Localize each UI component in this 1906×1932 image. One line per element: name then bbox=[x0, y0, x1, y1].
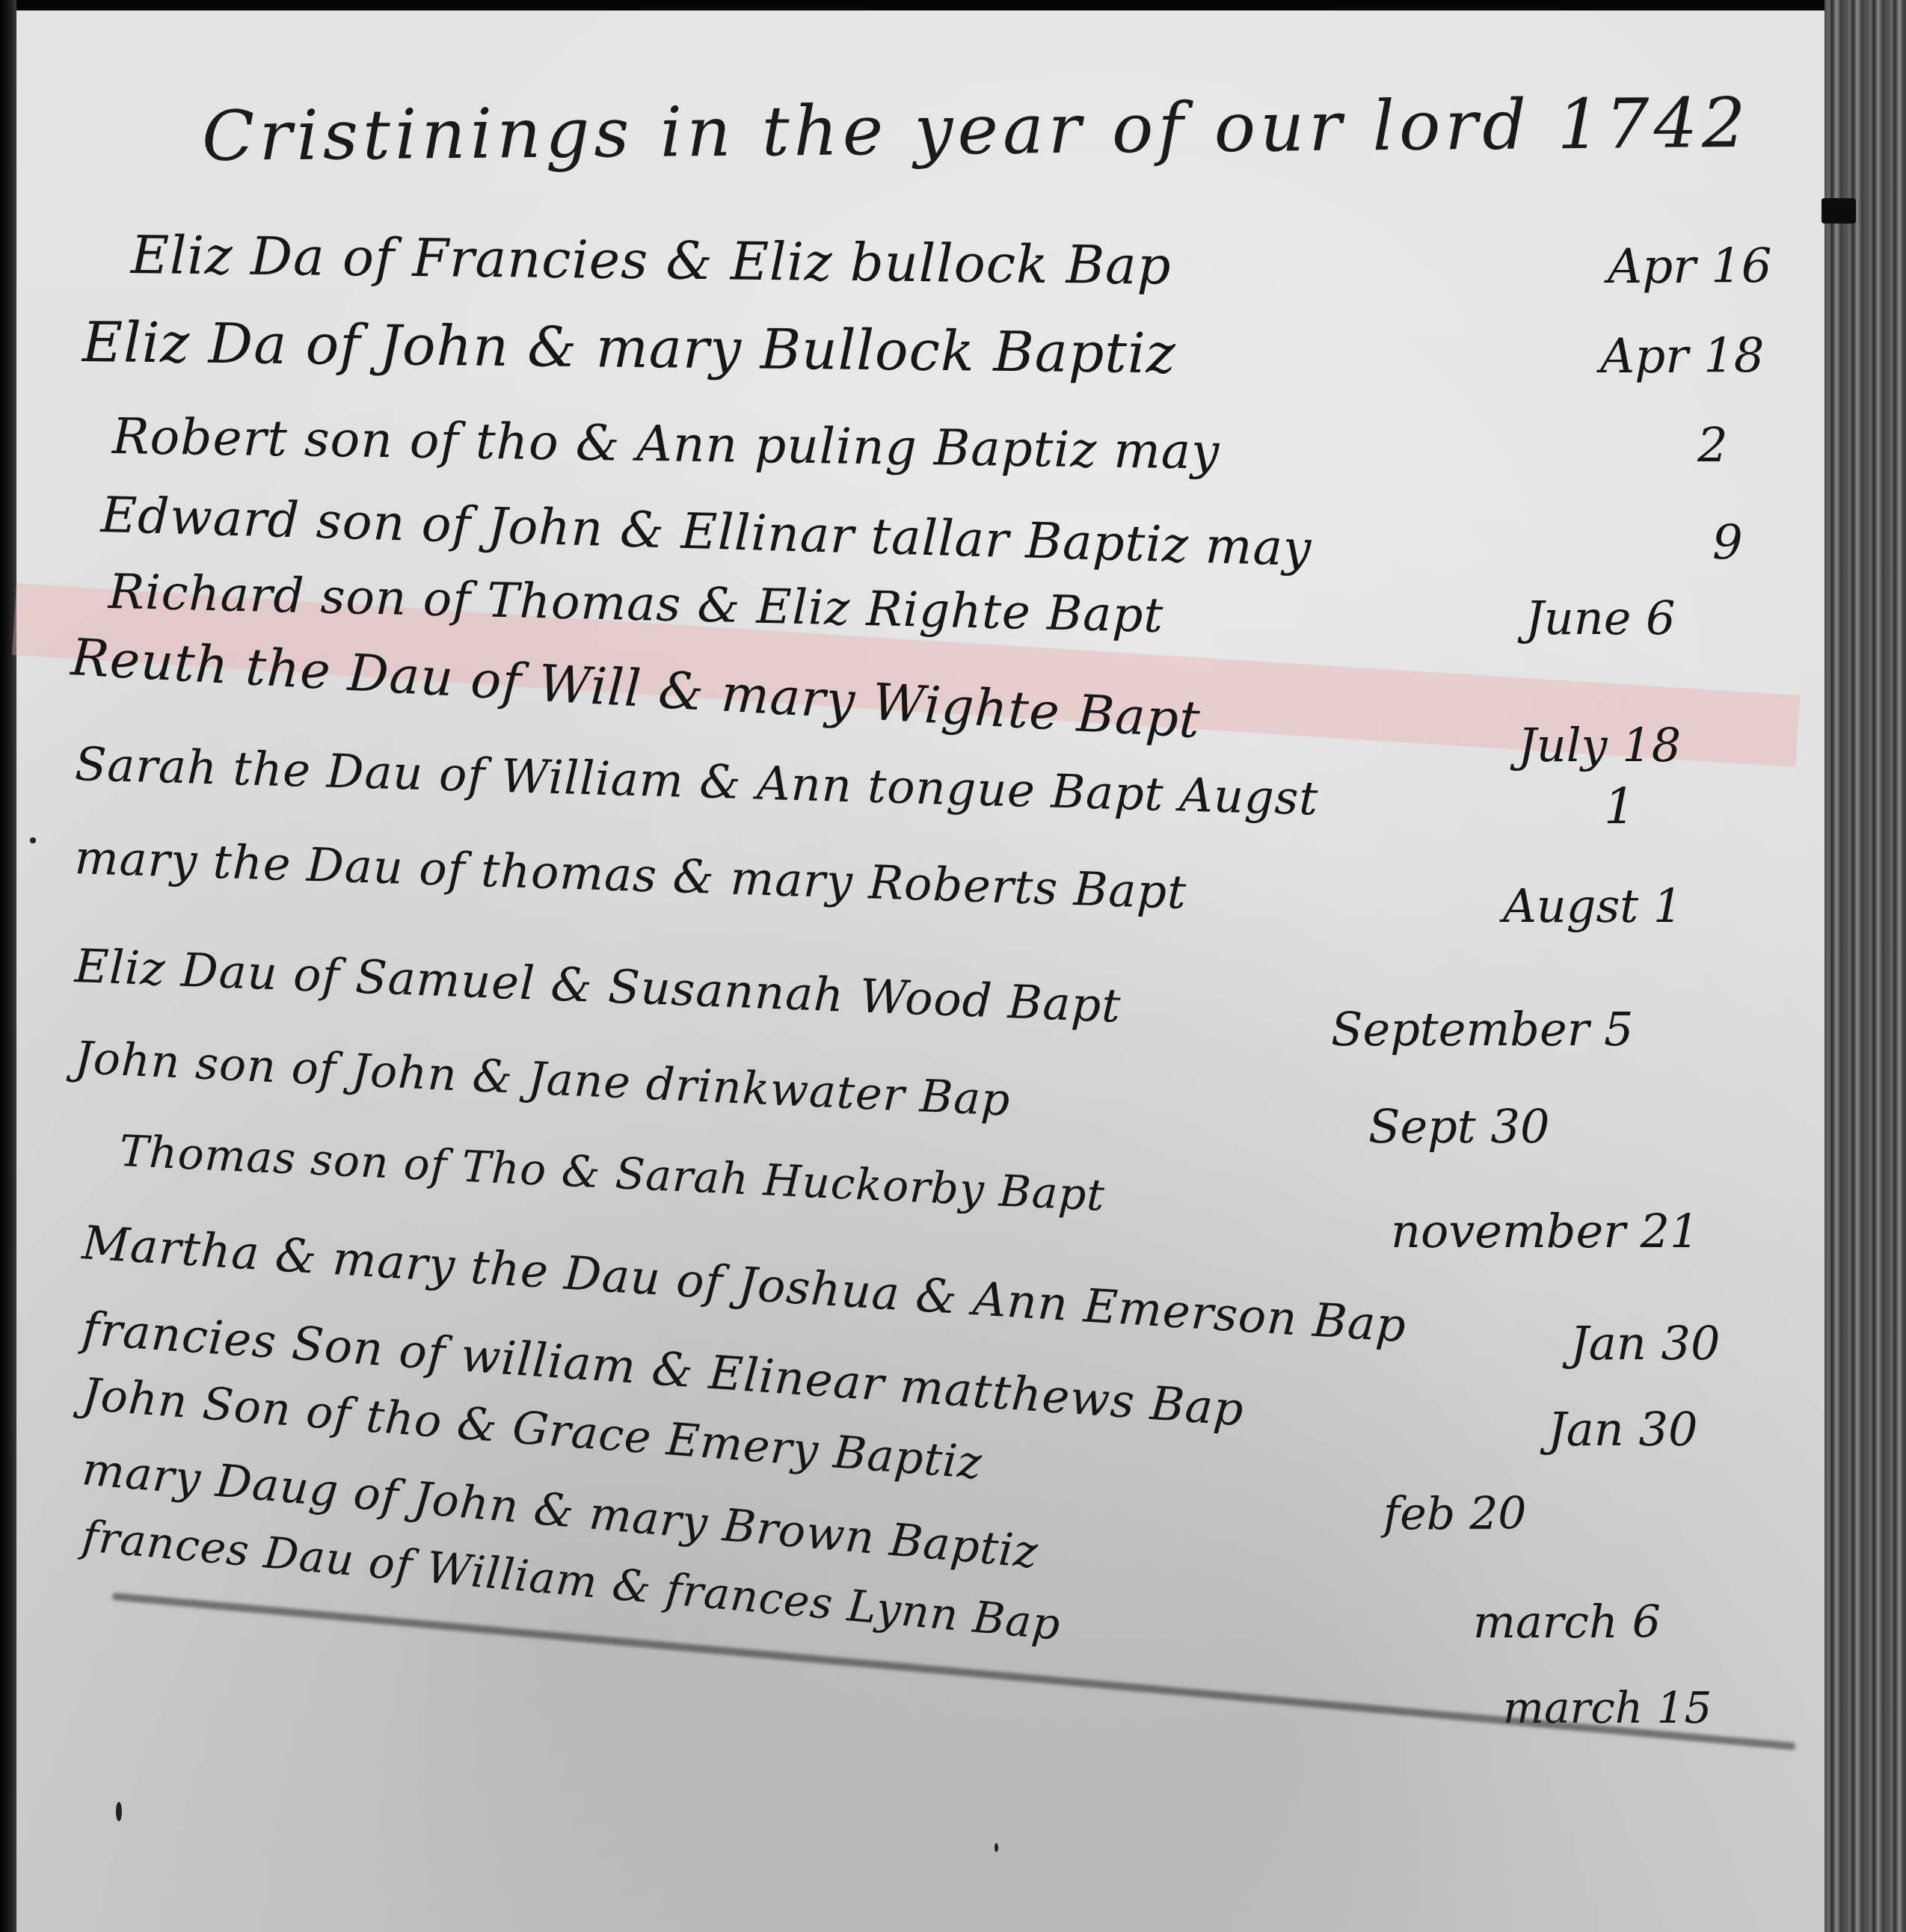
entry-date: Sept 30 bbox=[1368, 1099, 1549, 1154]
register-title: Cristinings in the year of our lord 1742 bbox=[202, 83, 1750, 176]
entry-text: Eliz Da of Francies & Eliz bullock Bap bbox=[131, 224, 1172, 297]
entry-text: Eliz Da of John & mary Bullock Baptiz bbox=[82, 310, 1177, 386]
entry-date: June 6 bbox=[1525, 591, 1676, 645]
register-entry: Eliz Da of Francies & Eliz bullock Bap bbox=[131, 224, 1172, 297]
entry-date: 9 bbox=[1712, 516, 1743, 571]
entry-date: feb 20 bbox=[1383, 1488, 1527, 1540]
entry-date: Apr 18 bbox=[1600, 329, 1765, 384]
ink-speck bbox=[30, 837, 36, 843]
ink-speck bbox=[994, 1843, 998, 1852]
book-binding-edge bbox=[1824, 0, 1906, 1932]
entry-date: 1 bbox=[1604, 778, 1635, 835]
entry-date: July 18 bbox=[1518, 718, 1681, 772]
entry-date: Jan 30 bbox=[1570, 1316, 1720, 1370]
register-entry: Eliz Da of John & mary Bullock Baptiz bbox=[82, 310, 1177, 386]
binding-ink-mark bbox=[1822, 198, 1856, 224]
entry-date: march 6 bbox=[1473, 1596, 1661, 1649]
scan-left-border bbox=[0, 0, 16, 1932]
ink-speck bbox=[116, 1802, 122, 1821]
entry-date: Augst 1 bbox=[1503, 879, 1682, 933]
entry-date: november 21 bbox=[1391, 1204, 1699, 1258]
entry-date: Jan 30 bbox=[1548, 1402, 1697, 1456]
entry-date: 2 bbox=[1697, 419, 1728, 474]
entry-date: Apr 16 bbox=[1608, 239, 1772, 295]
entry-date: September 5 bbox=[1331, 1002, 1633, 1056]
scanned-register-page: Cristinings in the year of our lord 1742… bbox=[0, 0, 1906, 1932]
